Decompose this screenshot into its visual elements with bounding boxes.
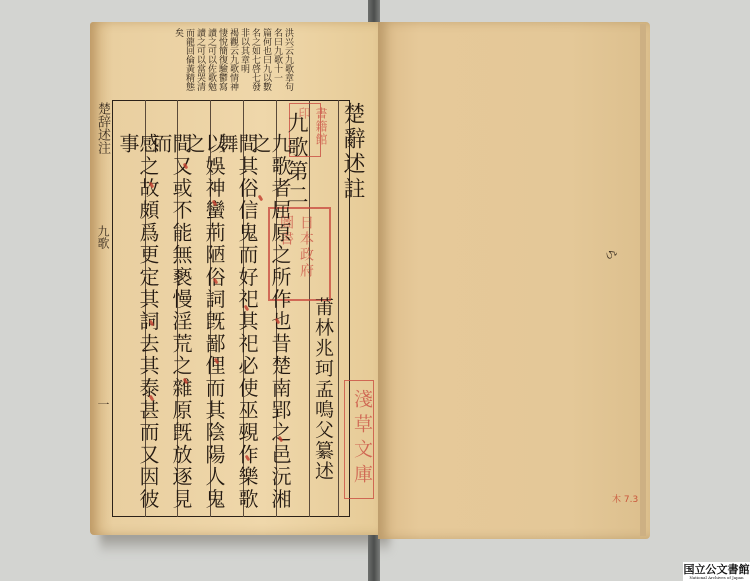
right-page [378, 22, 650, 539]
headnote-column: 洪兴云九歌章句 [283, 28, 292, 100]
spine-section: 九歌 [97, 225, 109, 249]
headnote-column: 名曰九歌十一 [272, 28, 281, 100]
archive-logo: 国立公文書館 National Archives of Japan [683, 562, 750, 581]
margin-mark: ら [604, 248, 621, 260]
spine-column [93, 100, 113, 515]
headnote-column: 名之如七啓七發 [250, 28, 259, 100]
headnote-column: 悽悅簡復驗鬱寫 [217, 28, 226, 100]
headnote-column: 非以其章明 [239, 28, 248, 100]
author-line: 莆林兆珂孟鳴父纂述 [313, 297, 332, 497]
headnote-column: 而龍回倫黃精態 [184, 28, 193, 100]
headnote-column: 矣 [173, 28, 182, 48]
column-rule [338, 100, 339, 517]
column-rule [309, 100, 310, 517]
headnote-column: 褐觀云九歌情神 [228, 28, 237, 100]
archive-name-japanese: 国立公文書館 [684, 564, 750, 575]
spine-title: 楚辞述注 [96, 102, 109, 154]
seal-asakusa-bunko: 淺草文庫 [344, 380, 374, 499]
headnote-column: 讀之可以當哭清 [195, 28, 204, 100]
headnote-column: 讀之可以佐歌勉 [206, 28, 215, 100]
spine-page-number: 一 [97, 398, 109, 410]
archive-name-english: National Archives of Japan [689, 575, 743, 580]
headnote-column: 篇何也曰九以數 [261, 28, 270, 100]
page-edge [640, 24, 646, 536]
book-title: 楚辭述註 [341, 102, 363, 222]
red-pencil-note: 木 7.3 [612, 492, 642, 505]
